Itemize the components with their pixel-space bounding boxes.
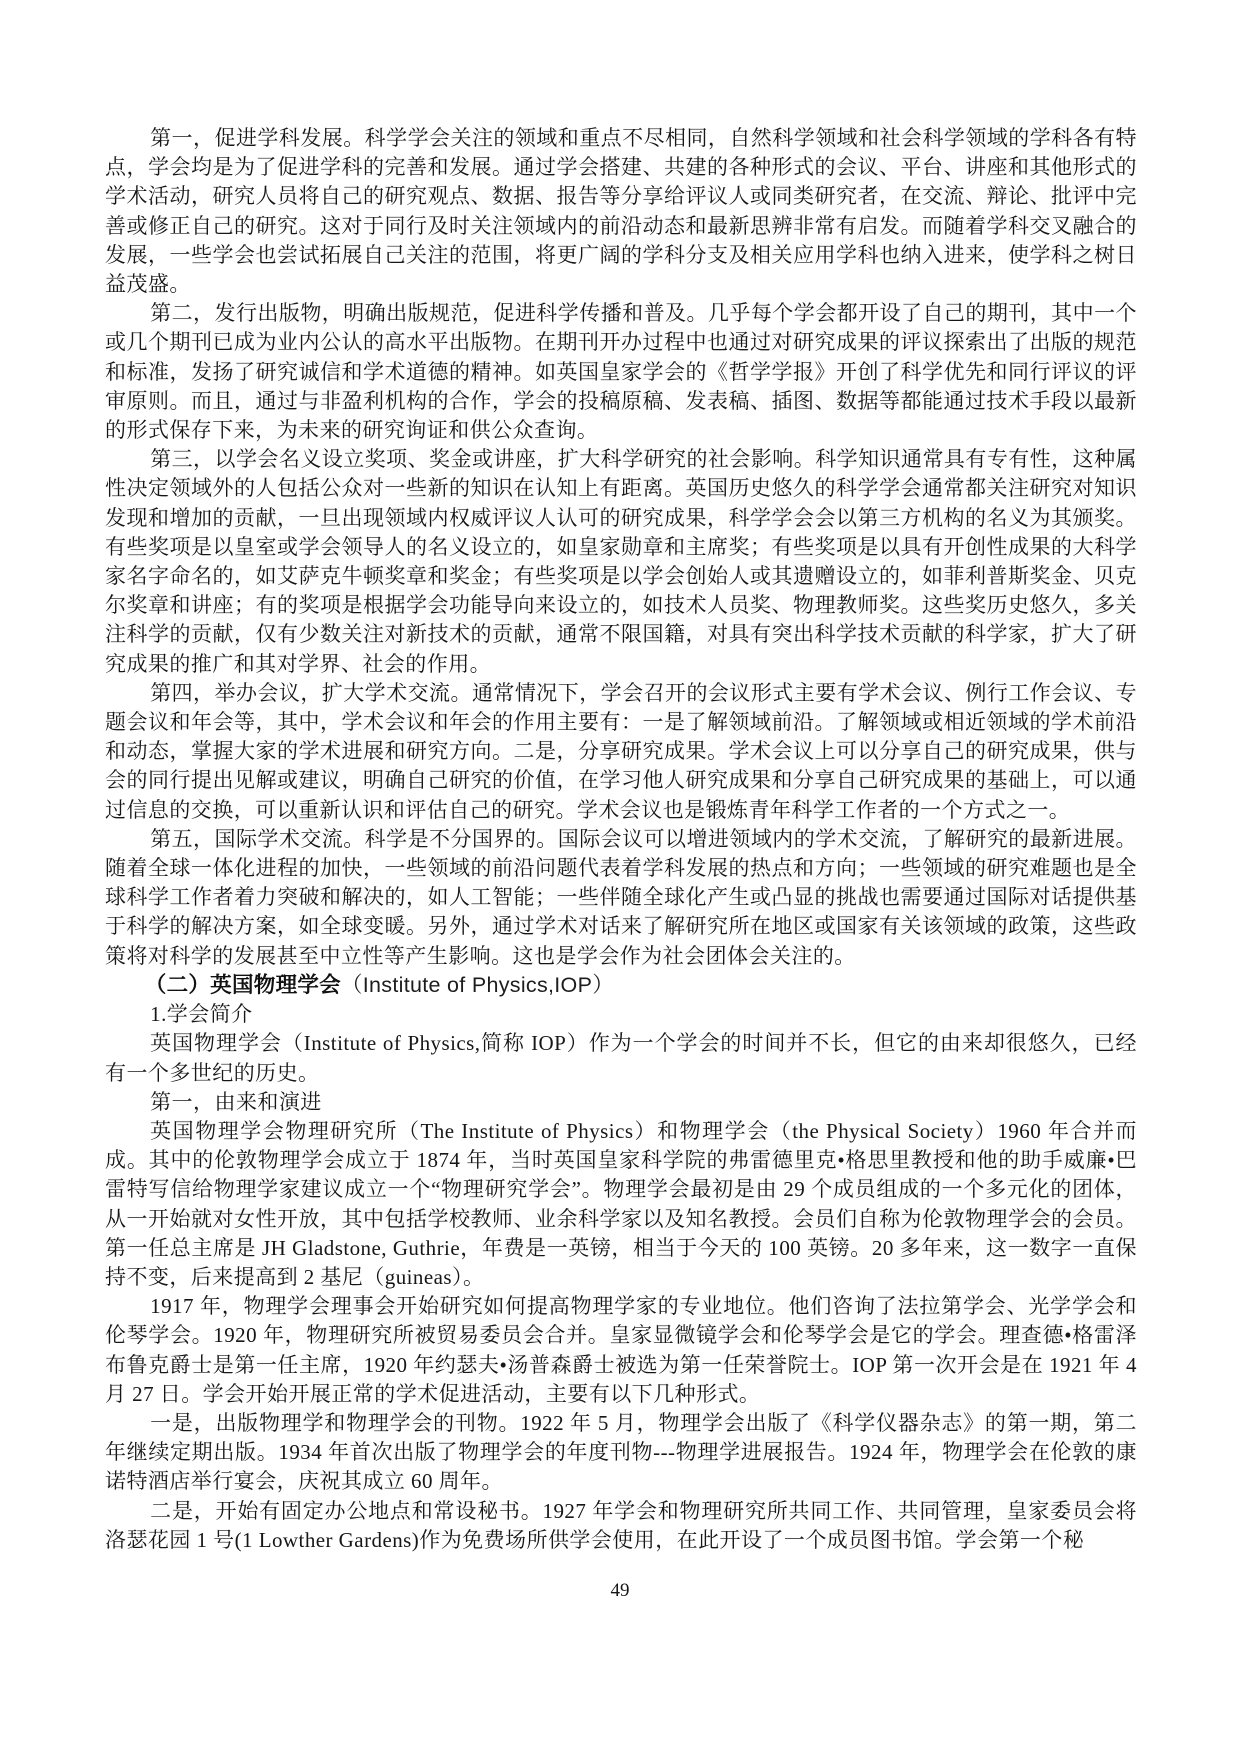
- paragraph-6: 英国物理学会（Institute of Physics,简称 IOP）作为一个学…: [105, 1029, 1137, 1087]
- paragraph-9: 一是，出版物理学和物理学会的刊物。1922 年 5 月，物理学会出版了《科学仪器…: [105, 1409, 1137, 1497]
- section-heading-english: （Institute of Physics,IOP）: [341, 973, 614, 997]
- paragraph-2: 第二，发行出版物，明确出版规范，促进科学传播和普及。几乎每个学会都开设了自己的期…: [105, 299, 1137, 445]
- paragraph-3: 第三，以学会名义设立奖项、奖金或讲座，扩大科学研究的社会影响。科学知识通常具有专…: [105, 445, 1137, 679]
- section-heading-title: （二）英国物理学会: [145, 973, 341, 997]
- page-footer: 49: [0, 1580, 1240, 1602]
- document-page: 第一，促进学科发展。科学学会关注的领域和重点不尽相同，自然科学领域和社会科学领域…: [0, 0, 1240, 1753]
- subsection-heading-origin: 第一，由来和演进: [105, 1088, 1137, 1117]
- subsection-heading-intro: 1.学会简介: [105, 1000, 1137, 1029]
- section-heading: （二）英国物理学会（Institute of Physics,IOP）: [105, 971, 1137, 1000]
- paragraph-5: 第五，国际学术交流。科学是不分国界的。国际会议可以增进领域内的学术交流，了解研究…: [105, 825, 1137, 971]
- page-number: 49: [611, 1580, 630, 1601]
- paragraph-8: 1917 年，物理学会理事会开始研究如何提高物理学家的专业地位。他们咨询了法拉第…: [105, 1292, 1137, 1409]
- paragraph-4: 第四，举办会议，扩大学术交流。通常情况下，学会召开的会议形式主要有学术会议、例行…: [105, 679, 1137, 825]
- paragraph-1: 第一，促进学科发展。科学学会关注的领域和重点不尽相同，自然科学领域和社会科学领域…: [105, 124, 1137, 299]
- text-block: 第一，促进学科发展。科学学会关注的领域和重点不尽相同，自然科学领域和社会科学领域…: [105, 124, 1137, 1555]
- paragraph-10: 二是，开始有固定办公地点和常设秘书。1927 年学会和物理研究所共同工作、共同管…: [105, 1497, 1137, 1555]
- paragraph-7: 英国物理学会物理研究所（The Institute of Physics）和物理…: [105, 1117, 1137, 1292]
